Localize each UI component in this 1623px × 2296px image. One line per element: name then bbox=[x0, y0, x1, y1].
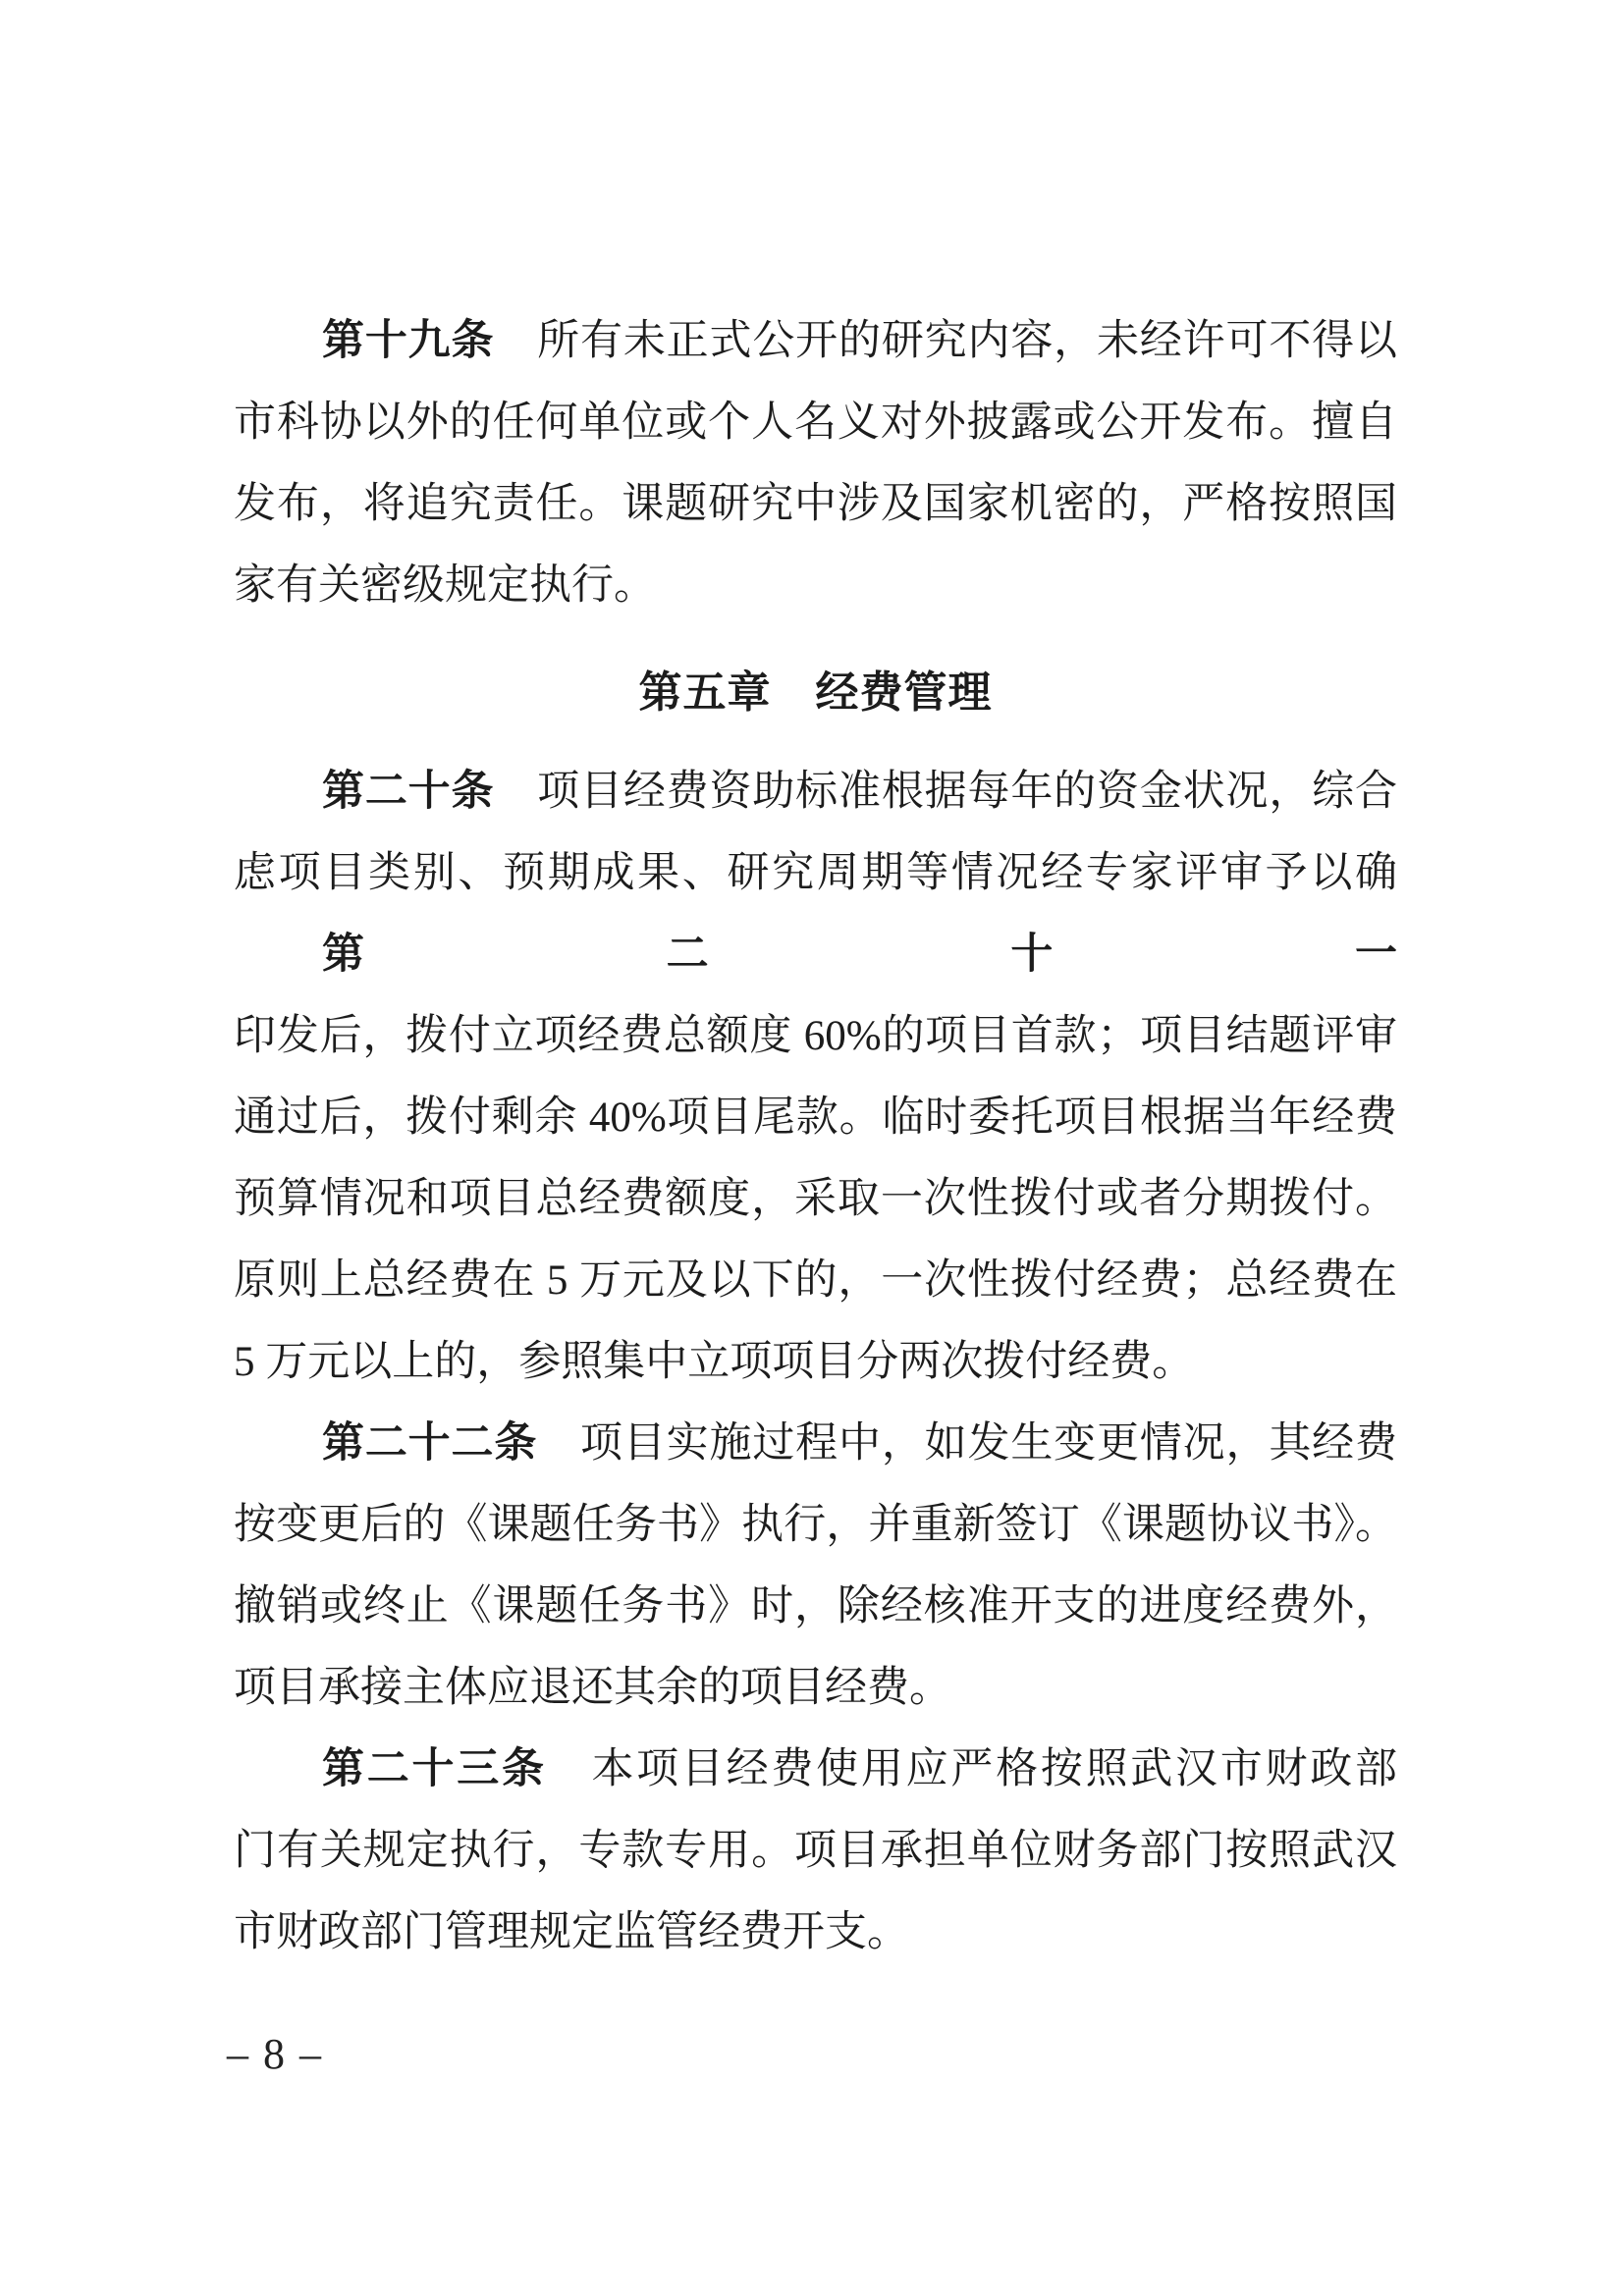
body-text: 所有未正式公开的研究内容，未经许可不得以 bbox=[494, 318, 1397, 364]
article-19: 第十九条 所有未正式公开的研究内容，未经许可不得以市科协以外的任何单位或个人名义… bbox=[234, 300, 1397, 626]
document-body: 第十九条 所有未正式公开的研究内容，未经许可不得以市科协以外的任何单位或个人名义… bbox=[234, 300, 1397, 1973]
text-line: 第十九条 所有未正式公开的研究内容，未经许可不得以 bbox=[234, 300, 1397, 382]
body-text: 家有关密级规定执行。 bbox=[234, 562, 656, 609]
article-number: 第二十条 bbox=[322, 769, 494, 815]
text-line: 印发后，拨付立项经费总额度 60%的项目首款；项目结题评审 bbox=[234, 995, 1397, 1077]
body-text: 预算情况和项目总经费额度，采取一次性拨付或者分期拨付。 bbox=[234, 1176, 1397, 1222]
body-text: 通过后，拨付剩余 40%项目尾款。临时委托项目根据当年经费 bbox=[234, 1095, 1397, 1141]
chapter-5-heading: 第五章 经费管理 bbox=[234, 652, 1397, 733]
article-22: 第二十二条 项目实施过程中，如发生变更情况，其经费按变更后的《课题任务书》执行，… bbox=[234, 1403, 1397, 1729]
text-line: 第二十一条 集中立项项目经费分两次拨付，《立项通知》 bbox=[234, 914, 1397, 995]
body-text: 项目实施过程中，如发生变更情况，其经费 bbox=[537, 1420, 1397, 1467]
text-line: 家有关密级规定执行。 bbox=[234, 545, 1397, 626]
body-text: 撤销或终止《课题任务书》时，除经核准开支的进度经费外， bbox=[234, 1583, 1397, 1629]
body-text: 市科协以外的任何单位或个人名义对外披露或公开发布。擅自 bbox=[234, 400, 1397, 446]
article-23: 第二十三条 本项目经费使用应严格按照武汉市财政部门有关规定执行，专款专用。项目承… bbox=[234, 1729, 1397, 1973]
article-21: 第二十一条 集中立项项目经费分两次拨付，《立项通知》印发后，拨付立项经费总额度 … bbox=[234, 914, 1397, 1403]
text-line: 撤销或终止《课题任务书》时，除经核准开支的进度经费外， bbox=[234, 1566, 1397, 1647]
text-line: 项目承接主体应退还其余的项目经费。 bbox=[234, 1647, 1397, 1729]
text-line: 5 万元以上的，参照集中立项项目分两次拨付经费。 bbox=[234, 1321, 1397, 1403]
text-line: 发布，将追究责任。课题研究中涉及国家机密的，严格按照国 bbox=[234, 463, 1397, 545]
text-line: 预算情况和项目总经费额度，采取一次性拨付或者分期拨付。 bbox=[234, 1158, 1397, 1240]
body-text: 市财政部门管理规定监管经费开支。 bbox=[234, 1909, 909, 1955]
article-number: 第二十三条 bbox=[322, 1746, 547, 1792]
article-20: 第二十条 项目经费资助标准根据每年的资金状况，综合考虑项目类别、预期成果、研究周… bbox=[234, 751, 1397, 914]
text-line: 原则上总经费在 5 万元及以下的，一次性拨付经费；总经费在 bbox=[234, 1240, 1397, 1321]
text-line: 门有关规定执行，专款专用。项目承担单位财务部门按照武汉 bbox=[234, 1810, 1397, 1892]
text-line: 市财政部门管理规定监管经费开支。 bbox=[234, 1892, 1397, 1973]
text-line: 按变更后的《课题任务书》执行，并重新签订《课题协议书》。 bbox=[234, 1484, 1397, 1566]
body-text: 印发后，拨付立项经费总额度 60%的项目首款；项目结题评审 bbox=[234, 1013, 1397, 1059]
body-text: 5 万元以上的，参照集中立项项目分两次拨付经费。 bbox=[234, 1339, 1194, 1385]
text-line: 通过后，拨付剩余 40%项目尾款。临时委托项目根据当年经费 bbox=[234, 1077, 1397, 1158]
body-text: 本项目经费使用应严格按照武汉市财政部 bbox=[547, 1746, 1397, 1792]
article-number: 第二十二条 bbox=[322, 1420, 537, 1467]
text-line: 市科协以外的任何单位或个人名义对外披露或公开发布。擅自 bbox=[234, 382, 1397, 463]
text-line: 第二十三条 本项目经费使用应严格按照武汉市财政部 bbox=[234, 1729, 1397, 1810]
text-line: 第二十二条 项目实施过程中，如发生变更情况，其经费 bbox=[234, 1403, 1397, 1484]
text-line: 虑项目类别、预期成果、研究周期等情况经专家评审予以确定。 bbox=[234, 832, 1397, 914]
text-line: 第二十条 项目经费资助标准根据每年的资金状况，综合考 bbox=[234, 751, 1397, 832]
body-text: 原则上总经费在 5 万元及以下的，一次性拨付经费；总经费在 bbox=[234, 1257, 1397, 1304]
document-page: 第十九条 所有未正式公开的研究内容，未经许可不得以市科协以外的任何单位或个人名义… bbox=[0, 0, 1623, 2296]
body-text: 门有关规定执行，专款专用。项目承担单位财务部门按照武汉 bbox=[234, 1828, 1397, 1874]
page-number: – 8 – bbox=[227, 2032, 323, 2077]
body-text: 项目承接主体应退还其余的项目经费。 bbox=[234, 1665, 951, 1711]
body-text: 发布，将追究责任。课题研究中涉及国家机密的，严格按照国 bbox=[234, 481, 1397, 527]
body-text: 虑项目类别、预期成果、研究周期等情况经专家评审予以确定。 bbox=[234, 850, 1397, 914]
article-number: 第二十一条 bbox=[234, 932, 1397, 995]
article-number: 第十九条 bbox=[322, 318, 494, 364]
body-text: 按变更后的《课题任务书》执行，并重新签订《课题协议书》。 bbox=[234, 1502, 1397, 1548]
